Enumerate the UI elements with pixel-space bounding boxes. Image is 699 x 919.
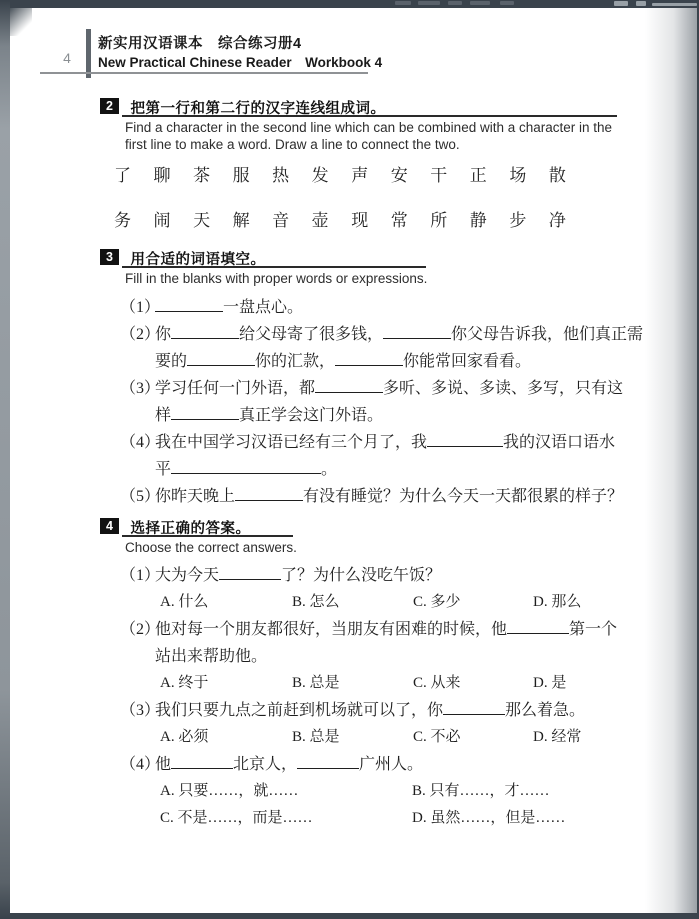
item-text: 我的汉语口语水 [503, 434, 615, 451]
exercise-2: 2 把第一行和第二行的汉字连线组成词。 Find a character in … [10, 97, 697, 232]
character-row-1: 了聊茶服热发声安干正场散 [114, 165, 566, 187]
question-line: 站出来帮助他。 [120, 643, 697, 670]
answer-option: A. 只要……，就…… [160, 778, 412, 805]
item-text: 大为今天 [155, 567, 219, 584]
exercise-3-underline [122, 266, 426, 268]
item-text: 你 [155, 326, 171, 343]
item-number: （1） [120, 562, 155, 589]
exercise-2-number-badge: 2 [100, 98, 119, 114]
question-item: （1）一盘点心。 [120, 294, 697, 321]
answer-option: A. 必须 [160, 724, 292, 751]
blank-line [297, 753, 359, 769]
character-cell: 发 [312, 165, 329, 187]
character-cell: 解 [233, 210, 250, 232]
character-cell: 步 [509, 210, 526, 232]
item-number: （3） [120, 375, 155, 402]
item-text: 站出来帮助他。 [155, 648, 267, 665]
character-cell: 音 [272, 210, 289, 232]
scan-artifact [470, 1, 490, 5]
scan-artifact [418, 1, 440, 5]
answer-option: B. 总是 [292, 670, 413, 697]
blank-line [315, 377, 383, 393]
question-line: 要的你的汇款，你能常回家看看。 [120, 348, 697, 375]
exercise-3-heading: 3 用合适的词语填空。 [100, 248, 697, 269]
question-item: （3）我们只要九点之前赶到机场就可以了，你那么着急。A. 必须B. 总是C. 不… [120, 697, 697, 751]
item-text: 你的汇款， [255, 353, 335, 370]
question-line: （1）一盘点心。 [120, 294, 697, 321]
blank-line [427, 431, 503, 447]
character-cell: 散 [549, 165, 566, 187]
answer-options: A. 终于B. 总是C. 从来D. 是 [160, 670, 697, 697]
exercise-4-underline [122, 535, 293, 537]
item-text: 一盘点心。 [223, 299, 303, 316]
exercise-2-instruction: Find a character in the second line whic… [125, 120, 630, 153]
character-cell: 干 [430, 165, 447, 187]
answer-options: A. 只要……，就……B. 只有……，才……C. 不是……，而是……D. 虽然…… [160, 778, 697, 832]
exercise-4-heading: 4 选择正确的答案。 [100, 517, 697, 538]
header-rule [40, 72, 368, 74]
blank-line [507, 618, 569, 634]
book-titles: 新实用汉语课本 综合练习册4 New Practical Chinese Rea… [98, 35, 382, 71]
item-number: （4） [120, 751, 155, 778]
character-cell: 壶 [312, 210, 329, 232]
question-line: 平。 [120, 456, 697, 483]
answer-option: D. 那么 [533, 589, 697, 616]
question-item: （5）你昨天晚上有没有睡觉？为什么今天一天都很累的样子？ [120, 483, 697, 510]
answer-option: C. 不必 [413, 724, 533, 751]
question-item: （1）大为今天了？为什么没吃午饭？A. 什么B. 怎么C. 多少D. 那么 [120, 562, 697, 616]
question-line: （2）他对每一个朋友都很好，当朋友有困难的时候，他第一个 [120, 616, 697, 643]
book-title-english: New Practical Chinese Reader Workbook 4 [98, 54, 382, 71]
answer-option: D. 是 [533, 670, 697, 697]
question-line: 样真正学会这门外语。 [120, 402, 697, 429]
item-text: 你昨天晚上 [155, 488, 235, 505]
answer-options: A. 必须B. 总是C. 不必D. 经常 [160, 724, 697, 751]
answer-option: B. 总是 [292, 724, 413, 751]
character-cell: 聊 [154, 165, 171, 187]
question-line: （3）学习任何一门外语，都多听、多说、多读、多写，只有这 [120, 375, 697, 402]
item-text: 广州人。 [359, 756, 423, 773]
item-text: 真正学会这门外语。 [239, 407, 383, 424]
exercise-2-underline [122, 115, 617, 117]
answer-option: A. 什么 [160, 589, 292, 616]
answer-option: A. 终于 [160, 670, 292, 697]
question-item: （2）他对每一个朋友都很好，当朋友有困难的时候，他第一个站出来帮助他。A. 终于… [120, 616, 697, 697]
exercise-2-heading: 2 把第一行和第二行的汉字连线组成词。 [100, 97, 697, 118]
blank-line [187, 350, 255, 366]
item-text: 给父母寄了很多钱， [239, 326, 383, 343]
item-text: 第一个 [569, 621, 617, 638]
scan-artifact [652, 3, 697, 6]
blank-line [171, 458, 321, 474]
item-text: 要的 [155, 353, 187, 370]
item-text: 多听、多说、多读、多写，只有这 [383, 380, 623, 397]
item-text: 我们只要九点之前赶到机场就可以了，你 [155, 702, 443, 719]
item-text: 他对每一个朋友都很好，当朋友有困难的时候，他 [155, 621, 507, 638]
item-text: 了？为什么没吃午饭？ [281, 567, 441, 584]
scan-artifact [636, 1, 646, 6]
question-line: （4）我在中国学习汉语已经有三个月了，我我的汉语口语水 [120, 429, 697, 456]
character-row-2: 务闹天解音壶现常所静步净 [114, 210, 566, 232]
blank-line [155, 296, 223, 312]
character-cell: 常 [391, 210, 408, 232]
item-number: （5） [120, 483, 155, 510]
exercise-4-number-badge: 4 [100, 518, 119, 534]
question-line: （3）我们只要九点之前赶到机场就可以了，你那么着急。 [120, 697, 697, 724]
item-number: （3） [120, 697, 155, 724]
book-title-chinese: 新实用汉语课本 综合练习册4 [98, 35, 382, 54]
answer-option: B. 只有……，才…… [412, 778, 697, 805]
item-number: （4） [120, 429, 155, 456]
exercise-4-instruction: Choose the correct answers. [125, 540, 630, 557]
book-page: 4 新实用汉语课本 综合练习册4 New Practical Chinese R… [10, 8, 697, 913]
character-cell: 热 [272, 165, 289, 187]
scan-left-edge [0, 0, 10, 919]
item-text: 。 [321, 461, 337, 478]
answer-option: D. 虽然……，但是…… [412, 805, 697, 832]
scan-artifact [500, 1, 514, 5]
item-text: 你父母告诉我，他们真正需 [451, 326, 643, 343]
instruction-line: first line to make a word. Draw a line t… [125, 137, 630, 154]
item-number: （2） [120, 616, 155, 643]
answer-options: A. 什么B. 怎么C. 多少D. 那么 [160, 589, 697, 616]
character-cell: 静 [470, 210, 487, 232]
character-cell: 净 [549, 210, 566, 232]
item-text: 样 [155, 407, 171, 424]
answer-option: C. 不是……，而是…… [160, 805, 412, 832]
character-cell: 闹 [154, 210, 171, 232]
blank-line [335, 350, 403, 366]
question-line: （4）他北京人，广州人。 [120, 751, 697, 778]
blank-line [171, 404, 239, 420]
item-text: 有没有睡觉？为什么今天一天都很累的样子？ [303, 488, 623, 505]
item-text: 你能常回家看看。 [403, 353, 531, 370]
character-cell: 茶 [193, 165, 210, 187]
question-item: （3）学习任何一门外语，都多听、多说、多读、多写，只有这样真正学会这门外语。 [120, 375, 697, 429]
header-divider-bar [86, 29, 91, 78]
scan-artifact [395, 1, 411, 5]
character-cell: 服 [233, 165, 250, 187]
exercise-3: 3 用合适的词语填空。 Fill in the blanks with prop… [10, 248, 697, 510]
instruction-line: Find a character in the second line whic… [125, 120, 630, 137]
exercise-4: 4 选择正确的答案。 Choose the correct answers. （… [10, 517, 697, 833]
character-cell: 正 [470, 165, 487, 187]
blank-line [171, 323, 239, 339]
page-number: 4 [56, 50, 78, 66]
exercise-3-number-badge: 3 [100, 249, 119, 265]
blank-line [443, 699, 505, 715]
item-text: 他 [155, 756, 171, 773]
question-item: （4）他北京人，广州人。A. 只要……，就……B. 只有……，才……C. 不是…… [120, 751, 697, 832]
exercise-3-items: （1）一盘点心。（2）你给父母寄了很多钱，你父母告诉我，他们真正需要的你的汇款，… [10, 294, 697, 510]
exercise-4-items: （1）大为今天了？为什么没吃午饭？A. 什么B. 怎么C. 多少D. 那么（2）… [10, 562, 697, 832]
question-line: （1）大为今天了？为什么没吃午饭？ [120, 562, 697, 589]
item-text: 学习任何一门外语，都 [155, 380, 315, 397]
character-cell: 了 [114, 165, 131, 187]
question-line: （2）你给父母寄了很多钱，你父母告诉我，他们真正需 [120, 321, 697, 348]
item-number: （1） [120, 294, 155, 321]
answer-option: C. 多少 [413, 589, 533, 616]
character-cell: 安 [391, 165, 408, 187]
character-cell: 声 [351, 165, 368, 187]
character-cell: 场 [509, 165, 526, 187]
character-cell: 现 [351, 210, 368, 232]
scan-artifact [614, 1, 628, 6]
question-item: （2）你给父母寄了很多钱，你父母告诉我，他们真正需要的你的汇款，你能常回家看看。 [120, 321, 697, 375]
exercise-3-instruction: Fill in the blanks with proper words or … [125, 271, 630, 288]
character-cell: 务 [114, 210, 131, 232]
answer-option: B. 怎么 [292, 589, 413, 616]
item-number: （2） [120, 321, 155, 348]
blank-line [171, 753, 233, 769]
character-cell: 天 [193, 210, 210, 232]
page-header: 4 新实用汉语课本 综合练习册4 New Practical Chinese R… [10, 8, 697, 76]
scan-artifact [448, 1, 462, 5]
question-item: （4）我在中国学习汉语已经有三个月了，我我的汉语口语水平。 [120, 429, 697, 483]
scanned-workbook-page: { "page": { "number": "4", "title_zh": "… [0, 0, 699, 919]
item-text: 我在中国学习汉语已经有三个月了，我 [155, 434, 427, 451]
item-text: 北京人， [233, 756, 297, 773]
blank-line [383, 323, 451, 339]
character-cell: 所 [430, 210, 447, 232]
blank-line [219, 564, 281, 580]
item-text: 平 [155, 461, 171, 478]
answer-option: D. 经常 [533, 724, 697, 751]
answer-option: C. 从来 [413, 670, 533, 697]
blank-line [235, 485, 303, 501]
question-line: （5）你昨天晚上有没有睡觉？为什么今天一天都很累的样子？ [120, 483, 697, 510]
item-text: 那么着急。 [505, 702, 585, 719]
